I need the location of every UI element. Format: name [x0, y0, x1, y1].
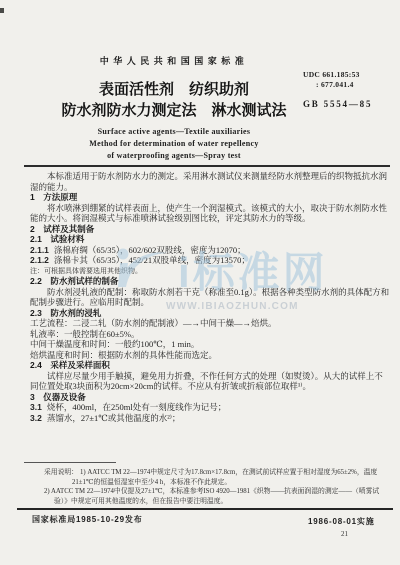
clause-text: 涤棉卡其（65/35），452/21双股单线，密度为13570； [54, 255, 250, 265]
standard-number: GB 5554—85 [303, 99, 372, 109]
section-1-heading: 1 方法原理 [30, 192, 390, 203]
clause-text: 蒸馏水，27±1℃或其他温度的水²⁾； [47, 413, 181, 423]
title-en-line2: Method for determination of water repell… [26, 138, 322, 150]
clause-number: 2.1.1 [30, 245, 49, 255]
clause-text: 涤棉府绸（65/35），602/602双股线，密度为12070； [54, 245, 246, 255]
issue-date: 国家标准局1985-10-29发布 [32, 514, 143, 525]
drying-temp-line: 中间干燥温度和时间：一般约100℃，1 min。 [30, 339, 390, 350]
scan-artifact-speck [0, 8, 4, 13]
document-body: 本标准适用于防水剂防水力的测定。采用淋水测试仪来测量经防水剂整理后的织物抵抗水润… [30, 171, 390, 423]
footnote-1: 采用说明：1) AATCC TM 22—1974中规定尺寸为17.8cm×17.… [44, 468, 386, 487]
process-flow-line: 工艺流程：二浸二轧（防水剂的配制液）—→中间干燥—→焙烘。 [30, 318, 390, 329]
title-en-line1: Surface active agents—Textile auxiliarie… [26, 126, 322, 138]
curing-temp-line: 焙烘温度和时间：根据防水剂的具体性能而选定。 [30, 350, 390, 361]
footnote-divider [24, 462, 116, 463]
udc-line2: : 677.041.4 [303, 80, 397, 90]
section-2-3-heading: 2.3 防水剂的浸轧 [30, 308, 390, 319]
footer-divider [17, 508, 393, 510]
footnotes: 采用说明：1) AATCC TM 22—1974中规定尺寸为17.8cm×17.… [44, 468, 386, 506]
clause-number: 3.2 [30, 413, 42, 423]
section-2-heading: 2 试样及其制备 [30, 224, 390, 235]
clause-2-1-2: 2.1.2涤棉卡其（65/35），452/21双股单线，密度为13570； [30, 255, 390, 266]
title-english: Surface active agents—Textile auxiliarie… [26, 126, 322, 162]
section-2-4-heading: 2.4 采样及采样面积 [30, 360, 390, 371]
clause-2-1-note: 注：可根据具体需要选用其他织物。 [30, 266, 390, 277]
title-chinese: 表面活性剂 纺织助剂 防水剂防水力测定法 淋水测试法 [26, 79, 322, 121]
section-2-1-heading: 2.1 试验材料 [30, 234, 390, 245]
intro-paragraph: 本标准适用于防水剂防水力的测定。采用淋水测试仪来测量经防水剂整理后的织物抵抗水润… [30, 171, 390, 192]
clause-number: 3.1 [30, 402, 42, 412]
title-zh-line1: 表面活性剂 纺织助剂 [26, 79, 322, 100]
effective-date: 1986-08-01实施 [308, 516, 375, 527]
footnote-2: 2) AATCC TM 22—1974中仅提及27±1℃，本标准参考ISO 49… [44, 487, 386, 506]
national-standard-header: 中华人民共和国国家标准 [36, 54, 312, 67]
udc-number: UDC 661.185:53 : 677.041.4 [303, 70, 397, 89]
standard-document-page: 中华人民共和国国家标准 表面活性剂 纺织助剂 防水剂防水力测定法 淋水测试法 U… [0, 0, 400, 565]
clause-2-1-1: 2.1.1涤棉府绸（65/35），602/602双股线，密度为12070； [30, 245, 390, 256]
clause-text: 烧杯，400ml，在250ml处有一刻度线作为记号； [47, 402, 226, 412]
title-en-line3: of waterproofing agents—Spray test [26, 150, 322, 162]
header-divider [24, 165, 390, 167]
clause-number: 2.1.2 [30, 255, 49, 265]
section-1-paragraph: 将水喷淋到绷紧的试样表面上，使产生一个润湿模式。该模式的大小，取决于防水剂防水性… [30, 203, 390, 224]
udc-line1: UDC 661.185:53 [303, 70, 397, 80]
clause-3-1: 3.1烧杯，400ml，在250ml处有一刻度线作为记号； [30, 402, 390, 413]
section-2-4-paragraph: 试样应尽量少用手触摸，避免用力折叠，不作任何方式的处理（如熨烫）。从大的试样上不… [30, 371, 390, 392]
page-number: 21 [341, 530, 348, 538]
section-2-2-heading: 2.2 防水剂试样的制备 [30, 276, 390, 287]
section-3-heading: 3 仪器及设备 [30, 392, 390, 403]
section-2-2-paragraph: 防水剂浸轧液的配制：称取防水剂若干克（称准至0.1g）。根据各种类型防水剂的具体… [30, 287, 390, 308]
footnote-1-text: 1) AATCC TM 22—1974中规定尺寸为17.8cm×17.8cm，在… [72, 469, 377, 486]
clause-3-2: 3.2蒸馏水，27±1℃或其他温度的水²⁾； [30, 413, 390, 424]
pickup-rate-line: 轧液率：一般控制在60±5%。 [30, 329, 390, 340]
footnote-label: 采用说明： [44, 469, 78, 476]
title-zh-line2: 防水剂防水力测定法 淋水测试法 [26, 100, 322, 121]
